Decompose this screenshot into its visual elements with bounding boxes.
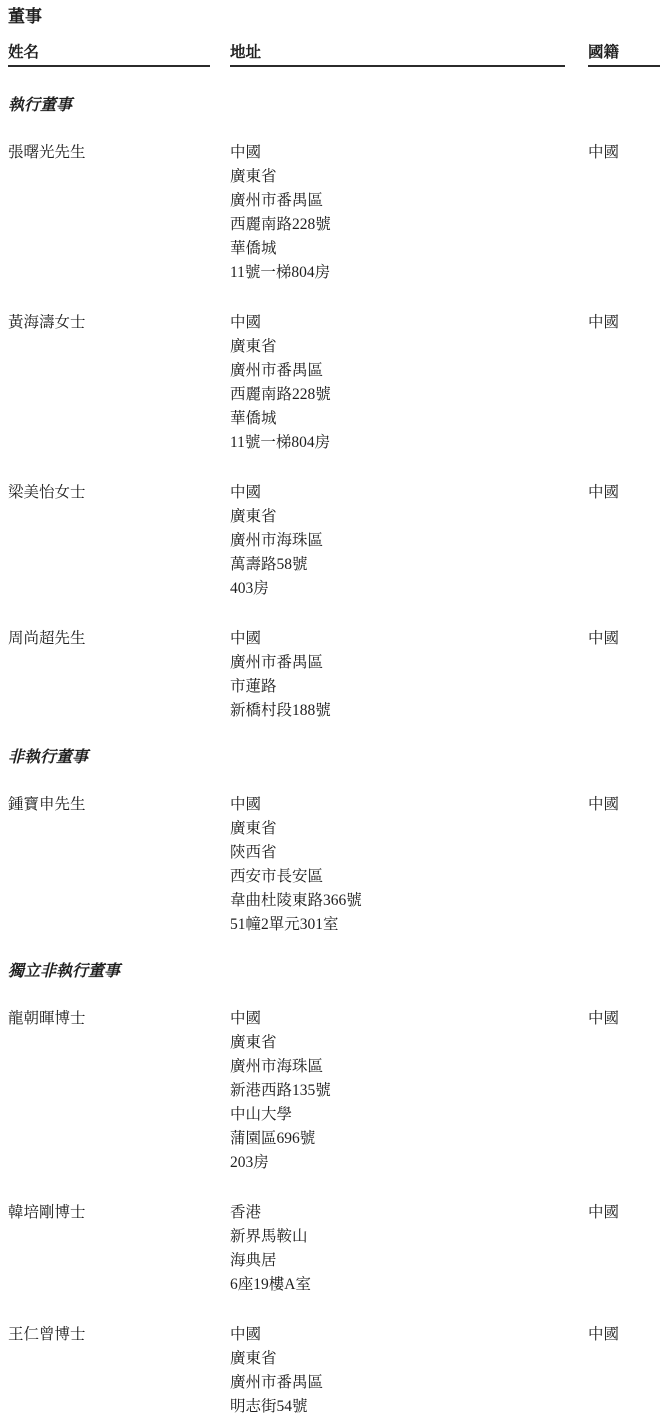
address-line: 中國 (230, 481, 588, 505)
section-heading-independent-non-executive-directors: 獨立非執行董事 (8, 963, 660, 981)
director-name: 張曙光先生 (8, 141, 230, 285)
address-line: 中國 (230, 627, 588, 651)
column-header-name: 姓名 (8, 44, 210, 67)
address-line: 廣州市番禺區 (230, 1371, 588, 1395)
address-line: 廣州市番禺區 (230, 189, 588, 213)
address-line: 11號一梯804房 (230, 431, 588, 455)
address-line: 西安市長安區 (230, 865, 588, 889)
director-address: 中國 廣東省 廣州市番禺區 西麗南路228號 華僑城 11號一梯804房 (230, 311, 588, 455)
director-nationality: 中國 (588, 1323, 660, 1416)
address-line: 403房 (230, 577, 588, 601)
address-line: 廣州市海珠區 (230, 529, 588, 553)
director-nationality: 中國 (588, 311, 660, 455)
director-name: 黃海濤女士 (8, 311, 230, 455)
address-line: 中國 (230, 1323, 588, 1347)
address-line: 中山大學 (230, 1103, 588, 1127)
address-line: 蒲園區696號 (230, 1127, 588, 1151)
address-line: 華僑城 (230, 407, 588, 431)
address-line: 203房 (230, 1151, 588, 1175)
director-address: 中國 廣東省 廣州市海珠區 新港西路135號 中山大學 蒲園區696號 203房 (230, 1007, 588, 1175)
address-line: 中國 (230, 793, 588, 817)
address-line: 陝西省 (230, 841, 588, 865)
address-line: 新界馬鞍山 (230, 1225, 588, 1249)
page-title: 董事 (8, 6, 660, 27)
director-nationality: 中國 (588, 1201, 660, 1297)
address-line: 廣東省 (230, 1031, 588, 1055)
director-row: 張曙光先生 中國 廣東省 廣州市番禺區 西麗南路228號 華僑城 11號一梯80… (8, 141, 660, 285)
director-nationality: 中國 (588, 481, 660, 601)
address-line: 華僑城 (230, 237, 588, 261)
address-line: 海典居 (230, 1249, 588, 1273)
table-header-row: 姓名 地址 國籍 (8, 44, 660, 67)
section-heading-non-executive-directors: 非執行董事 (8, 749, 660, 767)
director-nationality: 中國 (588, 627, 660, 723)
director-row: 鍾寶申先生 中國 廣東省 陝西省 西安市長安區 韋曲杜陵東路366號 51幢2單… (8, 793, 660, 937)
director-address: 中國 廣東省 陝西省 西安市長安區 韋曲杜陵東路366號 51幢2單元301室 (230, 793, 588, 937)
address-line: 廣東省 (230, 1347, 588, 1371)
address-line: 廣州市海珠區 (230, 1055, 588, 1079)
address-line: 新橋村段188號 (230, 699, 588, 723)
address-line: 市蓮路 (230, 675, 588, 699)
address-line: 廣州市番禺區 (230, 651, 588, 675)
address-line: 廣東省 (230, 335, 588, 359)
address-line: 中國 (230, 311, 588, 335)
director-row: 黃海濤女士 中國 廣東省 廣州市番禺區 西麗南路228號 華僑城 11號一梯80… (8, 311, 660, 455)
director-nationality: 中國 (588, 141, 660, 285)
address-line: 中國 (230, 1007, 588, 1031)
document-page: 董事 姓名 地址 國籍 執行董事 張曙光先生 中國 廣東省 廣州市番禺區 西麗南… (0, 0, 660, 1416)
address-line: 廣東省 (230, 165, 588, 189)
director-address: 中國 廣州市番禺區 市蓮路 新橋村段188號 (230, 627, 588, 723)
column-header-nationality: 國籍 (588, 44, 660, 67)
director-address: 中國 廣東省 廣州市海珠區 萬壽路58號 403房 (230, 481, 588, 601)
column-header-name-cell: 姓名 (8, 44, 230, 67)
director-name: 王仁曾博士 (8, 1323, 230, 1416)
director-name: 鍾寶申先生 (8, 793, 230, 937)
column-header-address-cell: 地址 (230, 44, 588, 67)
address-line: 香港 (230, 1201, 588, 1225)
address-line: 11號一梯804房 (230, 261, 588, 285)
director-row: 龍朝暉博士 中國 廣東省 廣州市海珠區 新港西路135號 中山大學 蒲園區696… (8, 1007, 660, 1175)
director-nationality: 中國 (588, 1007, 660, 1175)
director-name: 梁美怡女士 (8, 481, 230, 601)
director-row: 韓培剛博士 香港 新界馬鞍山 海典居 6座19樓A室 中國 (8, 1201, 660, 1297)
director-name: 龍朝暉博士 (8, 1007, 230, 1175)
director-name: 韓培剛博士 (8, 1201, 230, 1297)
director-row: 王仁曾博士 中國 廣東省 廣州市番禺區 明志街54號 中國 (8, 1323, 660, 1416)
address-line: 西麗南路228號 (230, 213, 588, 237)
director-name: 周尚超先生 (8, 627, 230, 723)
director-address: 香港 新界馬鞍山 海典居 6座19樓A室 (230, 1201, 588, 1297)
section-heading-executive-directors: 執行董事 (8, 97, 660, 115)
address-line: 廣東省 (230, 817, 588, 841)
address-line: 廣東省 (230, 505, 588, 529)
address-line: 中國 (230, 141, 588, 165)
director-row: 周尚超先生 中國 廣州市番禺區 市蓮路 新橋村段188號 中國 (8, 627, 660, 723)
column-header-nationality-cell: 國籍 (588, 44, 660, 67)
column-header-address: 地址 (230, 44, 565, 67)
address-line: 西麗南路228號 (230, 383, 588, 407)
address-line: 新港西路135號 (230, 1079, 588, 1103)
address-line: 51幢2單元301室 (230, 913, 588, 937)
address-line: 韋曲杜陵東路366號 (230, 889, 588, 913)
director-address: 中國 廣東省 廣州市番禺區 西麗南路228號 華僑城 11號一梯804房 (230, 141, 588, 285)
director-row: 梁美怡女士 中國 廣東省 廣州市海珠區 萬壽路58號 403房 中國 (8, 481, 660, 601)
director-address: 中國 廣東省 廣州市番禺區 明志街54號 (230, 1323, 588, 1416)
address-line: 6座19樓A室 (230, 1273, 588, 1297)
address-line: 廣州市番禺區 (230, 359, 588, 383)
address-line: 萬壽路58號 (230, 553, 588, 577)
address-line: 明志街54號 (230, 1395, 588, 1416)
director-nationality: 中國 (588, 793, 660, 937)
